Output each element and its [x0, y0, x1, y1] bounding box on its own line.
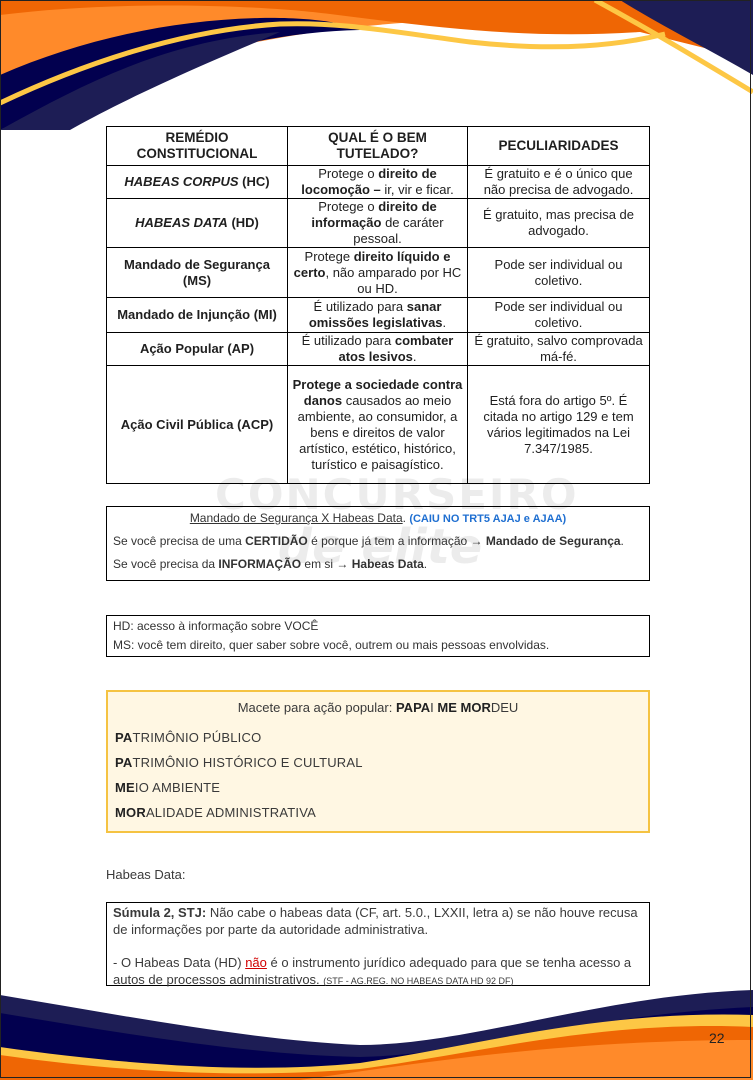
remedy-cell: Mandado de Segurança (MS)	[107, 248, 288, 298]
table-header-row: REMÉDIO CONSTITUCIONAL QUAL É O BEM TUTE…	[107, 127, 650, 166]
sumula-paragraph: Súmula 2, STJ: Não cabe o habeas data (C…	[113, 904, 643, 938]
exam-tag: (CAIU NO TRT5 AJAJ e AJAA)	[409, 513, 566, 525]
informacao-line: Se você precisa da INFORMAÇÃO em si → Ha…	[113, 555, 643, 573]
peculiarity-cell: É gratuito, salvo comprovada má-fé.	[468, 333, 650, 366]
remedy-cell: Mandado de Injunção (MI)	[107, 298, 288, 333]
peculiarity-cell: Pode ser individual ou coletivo.	[468, 248, 650, 298]
hd-summary-line: HD: acesso à informação sobre VOCÊ	[113, 617, 643, 636]
ms-vs-hd-heading: Mandado de Segurança X Habeas Data	[190, 511, 403, 525]
mnemonic-item: MORALIDADE ADMINISTRATIVA	[115, 803, 641, 823]
hd-ms-summary-box: HD: acesso à informação sobre VOCÊ MS: v…	[106, 615, 650, 657]
mnemonic-item: MEIO AMBIENTE	[115, 778, 641, 798]
protected-good-cell: Protege direito líquido e certo, não amp…	[288, 248, 468, 298]
peculiarity-cell: Pode ser individual ou coletivo.	[468, 298, 650, 333]
table-row: Mandado de Segurança (MS)Protege direito…	[107, 248, 650, 298]
header-peculiarities: PECULIARIDADES	[468, 127, 650, 166]
ms-vs-hd-box: Mandado de Segurança X Habeas Data. (CAI…	[106, 506, 650, 581]
peculiarity-cell: É gratuito, mas precisa de advogado.	[468, 199, 650, 248]
certidao-line: Se você precisa de uma CERTIDÃO é porque…	[113, 532, 643, 550]
stf-citation: (STF - AG.REG. NO HABEAS DATA HD 92 DF)	[323, 976, 513, 986]
stf-paragraph: - O Habeas Data (HD) não é o instrumento…	[113, 954, 643, 990]
remedy-cell: HABEAS DATA (HD)	[107, 199, 288, 248]
footer-wave-decoration	[0, 985, 753, 1080]
mnemonic-list: PATRIMÔNIO PÚBLICOPATRIMÔNIO HISTÓRICO E…	[115, 728, 641, 823]
remedy-cell: Ação Civil Pública (ACP)	[107, 366, 288, 484]
ms-vs-hd-title: Mandado de Segurança X Habeas Data. (CAI…	[113, 509, 643, 528]
protected-good-cell: É utilizado para combater atos lesivos.	[288, 333, 468, 366]
table-row: Mandado de Injunção (MI)É utilizado para…	[107, 298, 650, 333]
table-row: HABEAS CORPUS (HC)Protege o direito de l…	[107, 166, 650, 199]
remedy-cell: Ação Popular (AP)	[107, 333, 288, 366]
table-row: Ação Popular (AP)É utilizado para combat…	[107, 333, 650, 366]
habeas-data-label: Habeas Data:	[106, 867, 186, 882]
ms-summary-line: MS: você tem direito, quer saber sobre v…	[113, 636, 643, 655]
table-body: HABEAS CORPUS (HC)Protege o direito de l…	[107, 166, 650, 484]
mnemonic-item: PATRIMÔNIO PÚBLICO	[115, 728, 641, 748]
peculiarity-cell: Está fora do artigo 5º. É citada no arti…	[468, 366, 650, 484]
protected-good-cell: Protege o direito de locomoção – ir, vir…	[288, 166, 468, 199]
remedy-cell: HABEAS CORPUS (HC)	[107, 166, 288, 199]
nao-emphasis: não	[245, 955, 267, 970]
table-row: HABEAS DATA (HD)Protege o direito de inf…	[107, 199, 650, 248]
habeas-data-box: Súmula 2, STJ: Não cabe o habeas data (C…	[106, 902, 650, 986]
protected-good-cell: Protege a sociedade contra danos causado…	[288, 366, 468, 484]
table-row: Ação Civil Pública (ACP)Protege a socied…	[107, 366, 650, 484]
constitutional-remedies-table: REMÉDIO CONSTITUCIONAL QUAL É O BEM TUTE…	[106, 126, 650, 484]
header-remedy: REMÉDIO CONSTITUCIONAL	[107, 127, 288, 166]
protected-good-cell: Protege o direito de informação de carát…	[288, 199, 468, 248]
mnemonic-item: PATRIMÔNIO HISTÓRICO E CULTURAL	[115, 753, 641, 773]
page-number: 22	[709, 1030, 725, 1046]
mnemonic-heading: Macete para ação popular: PAPAI ME MORDE…	[115, 698, 641, 718]
header-wave-decoration	[0, 0, 753, 130]
mnemonic-callout: Macete para ação popular: PAPAI ME MORDE…	[106, 690, 650, 833]
header-protected-good: QUAL É O BEM TUTELADO?	[288, 127, 468, 166]
protected-good-cell: É utilizado para sanar omissões legislat…	[288, 298, 468, 333]
peculiarity-cell: É gratuito e é o único que não precisa d…	[468, 166, 650, 199]
